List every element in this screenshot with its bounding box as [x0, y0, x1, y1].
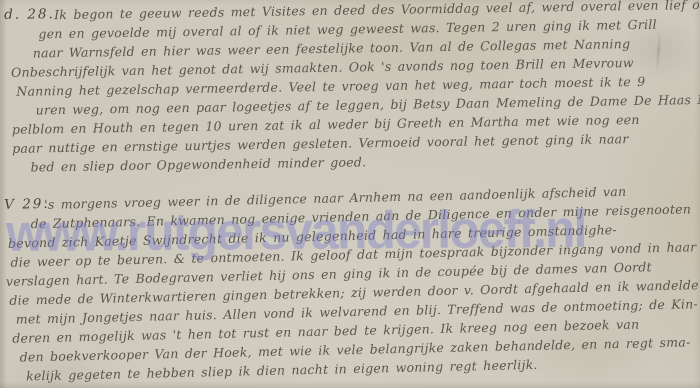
diary-entry-28: d. 28. Ik begon te geeuw reeds met Visit…	[0, 0, 700, 177]
entry-text-block: 's morgens vroeg weer in de diligence na…	[4, 180, 700, 386]
manuscript-page: d. 28. Ik begon te geeuw reeds met Visit…	[0, 0, 700, 388]
entry-date-label: V 29.	[4, 196, 50, 213]
entry-date-label: d. 28.	[4, 6, 55, 23]
entry-text-block: Ik begon te geeuw reeds met Visites en d…	[10, 0, 699, 177]
diary-entry-29: V 29. 's morgens vroeg weer in de dilige…	[0, 180, 700, 386]
